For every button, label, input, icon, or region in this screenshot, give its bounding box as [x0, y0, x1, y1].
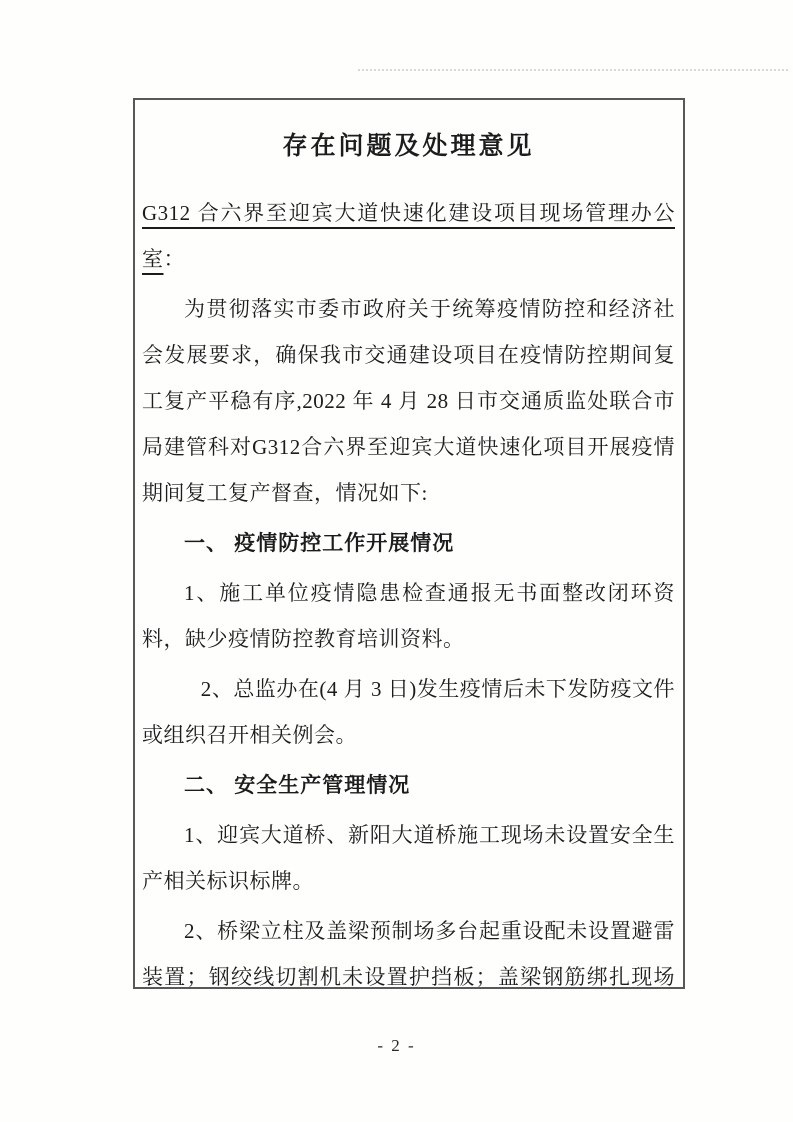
- document-title: 存在问题及处理意见: [142, 130, 675, 164]
- document-frame: 存在问题及处理意见 G312 合六界至迎宾大道快速化建设项目现场管理办公室： 为…: [133, 98, 685, 989]
- section-1-item-1: 1、施工单位疫情隐患检查通报无书面整改闭环资料，缺少疫情防控教育培训资料。: [142, 570, 675, 662]
- page-number: - 2 -: [0, 1036, 793, 1056]
- section-2-item-2: 2、桥梁立柱及盖梁预制场多台起重设配未设置避雷装置；钢绞线切割机未设置护挡板；盖…: [142, 908, 675, 989]
- salutation: G312 合六界至迎宾大道快速化建设项目现场管理办公室：: [142, 190, 675, 282]
- scan-artifact-line: [358, 69, 788, 71]
- intro-paragraph: 为贯彻落实市委市政府关于统筹疫情防控和经济社会发展要求，确保我市交通建设项目在疫…: [142, 286, 675, 516]
- section-1-item-2: 2、总监办在(4 月 3 日)发生疫情后未下发防疫文件或组织召开相关例会。: [142, 666, 675, 758]
- scanned-page: 存在问题及处理意见 G312 合六界至迎宾大道快速化建设项目现场管理办公室： 为…: [0, 0, 793, 1122]
- section-2-item-1: 1、迎宾大道桥、新阳大道桥施工现场未设置安全生产相关标识标牌。: [142, 812, 675, 904]
- section-1-heading: 一、 疫情防控工作开展情况: [142, 520, 675, 566]
- salutation-colon: ：: [164, 247, 186, 271]
- salutation-name: G312 合六界至迎宾大道快速化建设项目现场管理办公室: [142, 201, 675, 271]
- section-2-heading: 二、 安全生产管理情况: [142, 762, 675, 808]
